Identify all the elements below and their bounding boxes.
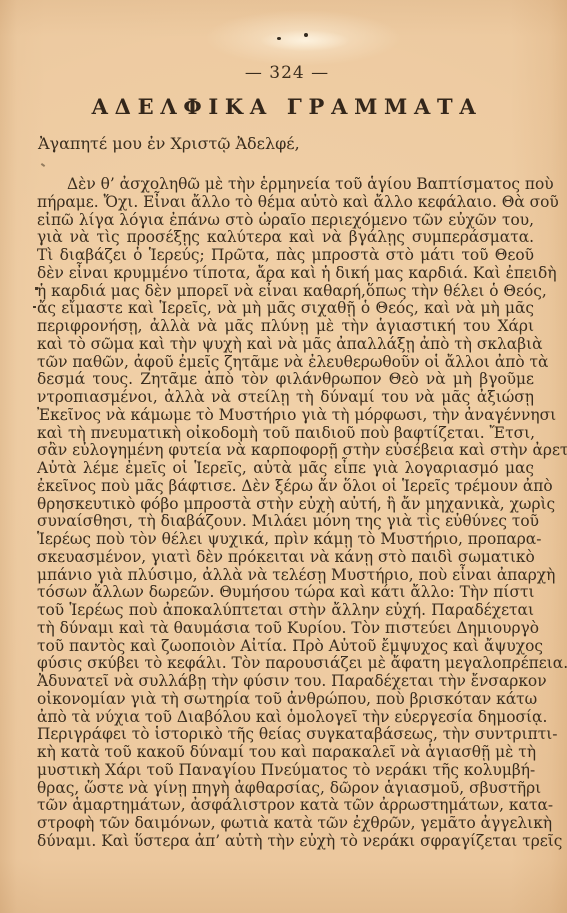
- body-line: ντροπιασμένοι, ἀλλὰ νὰ στείλῃ τὴ δύναμί …: [37, 389, 534, 407]
- body-line: μπάνιο γιὰ πλύσιμο, ἀλλὰ νὰ τελέσῃ Μυστή…: [37, 567, 534, 585]
- ink-speck: [33, 306, 36, 308]
- body-line: ἐκεῖνος ποὺ μᾶς βάφτισε. Δὲν ξέρω ἄν ὅλο…: [37, 478, 534, 496]
- body-line: δὲν εἶναι κρυμμένο τίποτα, ἄρα καὶ ἡ δικ…: [37, 265, 534, 283]
- body-line: θρας, ὥστε νὰ γίνῃ πηγὴ ἀφθαρσίας, δῶρον…: [37, 780, 534, 798]
- body-line: δεσμά τους. Ζητᾶμε ἀπὸ τὸν φιλάνθρωπον Θ…: [37, 371, 534, 389]
- body-line: οἰκονομίαν γιὰ τὴ σωτηρία τοῦ ἀνθρώπου, …: [37, 691, 534, 709]
- page-title: ΑΔΕΛΦΙΚΑ ΓΡΑΜΜΑΤΑ: [37, 94, 537, 119]
- salutation-line: Ἀγαπητέ μου ἐν Χριστῷ Ἀδελφέ,: [38, 134, 300, 153]
- body-line: Τὶ διαβάζει ὁ Ἱερεύς; Πρῶτα, πὰς μπροστὰ…: [37, 247, 534, 265]
- paper-fiber-mark: [41, 163, 45, 167]
- body-line: Περιγράφει τὸ ἱστορικὸ τῆς θείας συγκατα…: [37, 726, 534, 744]
- body-line: Ἀδυνατεῖ νὰ συλλάβῃ τὴν φύσιν του. Παραδ…: [37, 673, 534, 691]
- body-line: ἀπὸ τὰ νύχια τοῦ Διαβόλου καὶ ὁμολογεῖ τ…: [37, 709, 534, 727]
- body-line: φύσις σκύβει τὸ κεφάλι. Τὸν παρουσιάζει …: [37, 655, 534, 673]
- body-line: γιὰ νὰ τὶς προσέξῃς καλύτερα καὶ νὰ βγάλ…: [37, 229, 534, 247]
- body-line: περιφρονήσῃ, ἀλλὰ νὰ μᾶς πλύνῃ μὲ τὴν ἁγ…: [37, 318, 534, 336]
- paper-smudge-mark: [240, 22, 370, 56]
- page-number: — 324 —: [37, 63, 537, 83]
- body-line: δύναμι. Καὶ ὕστερα ἀπ’ αὐτὴ τὴν εὐχὴ τὸ …: [37, 833, 534, 851]
- body-text: Δὲν θ’ ἀσχοληθῶ μὲ τὴν ἑρμηνεία τοῦ ἁγίο…: [37, 176, 534, 851]
- body-line: Αὐτὰ λέμε ἐμεῖς οἱ Ἱερεῖς, αὐτὰ μᾶς εἶπε…: [37, 460, 534, 478]
- body-line: Ἱερέως ποὺ τὸν θέλει ψυχικά, πρὶν κάμῃ τ…: [37, 531, 534, 549]
- body-line: ἄς εἴμαστε καὶ Ἱερεῖς, νὰ μὴ μᾶς σιχαθῇ …: [37, 300, 534, 318]
- body-line: ἡ καρδιά μας δὲν μπορεῖ νὰ εἶναι καθαρή,…: [37, 283, 534, 301]
- body-line: μυστικὴ Χάρι τοῦ Παναγίου Πνεύματος τὸ ν…: [37, 762, 534, 780]
- body-line: καὶ τὸ σῶμα καὶ τὴν ψυχὴ καὶ νὰ μᾶς ἀπαλ…: [37, 336, 534, 354]
- body-line: στροφὴ τῶν δαιμόνων, φωτιὰ κατὰ τῶν ἐχθρ…: [37, 815, 534, 833]
- body-line: σκευασμένον, γιατὶ δὲν πρόκειται νὰ κάνῃ…: [37, 549, 534, 567]
- ink-dot: [304, 33, 308, 37]
- scanned-book-page: — 324 — ΑΔΕΛΦΙΚΑ ΓΡΑΜΜΑΤΑ Ἀγαπητέ μου ἐν…: [0, 0, 567, 913]
- ink-dot: [277, 37, 281, 40]
- body-line: καὶ τὴ πνευματικὴ οἰκοδομὴ τοῦ παιδιοῦ π…: [37, 425, 534, 443]
- body-line: τόσων ἄλλων δωρεῶν. Θυμήσου τώρα καὶ κάτ…: [37, 584, 534, 602]
- body-line: πήραμε. Ὄχι. Εἶναι ἄλλο τὸ θέμα αὐτὸ καὶ…: [37, 194, 534, 212]
- body-line: τῶν ἁμαρτημάτων, ἀσφάλιστρον κατὰ τῶν ἀρ…: [37, 797, 534, 815]
- body-line: Ἐκεῖνος νὰ κάμωμε τὸ Μυστήριο γιὰ τὴ μόρ…: [37, 407, 534, 425]
- body-line: τῶν παθῶν, ἀφοῦ ἐμεῖς ζητᾶμε νὰ ἐλευθερω…: [37, 354, 534, 372]
- body-line: Δὲν θ’ ἀσχοληθῶ μὲ τὴν ἑρμηνεία τοῦ ἁγίο…: [37, 176, 534, 194]
- body-line: συναίσθησι, τὴ διαβάζουν. Μιλάει μόνη τη…: [37, 513, 534, 531]
- body-line: εἰπῶ λίγα λόγια ἐπάνω στὸ ὡραῖο περιεχόμ…: [37, 212, 534, 230]
- body-line: σἂν εὐλογημένη φυτεία νὰ καρποφορῇ στὴν …: [37, 442, 534, 460]
- body-line: θρησκευτικὸ φόβο μπροστὰ στὴν εὐχὴ αὐτή,…: [37, 496, 534, 514]
- body-line: τὴ δύναμι καὶ τὰ θαυμάσια τοῦ Κυρίου. Τὸ…: [37, 620, 534, 638]
- body-line: τοῦ Ἱερέως ποὺ ἀποκαλύπτεται στὴν ἄλλην …: [37, 602, 534, 620]
- body-line: κὴ κατὰ τοῦ κακοῦ δύναμί του καὶ παρακαλ…: [37, 744, 534, 762]
- body-line: τοῦ παντὸς καὶ ζωοποιὸν Αἰτία. Πρὸ Αὐτοῦ…: [37, 638, 534, 656]
